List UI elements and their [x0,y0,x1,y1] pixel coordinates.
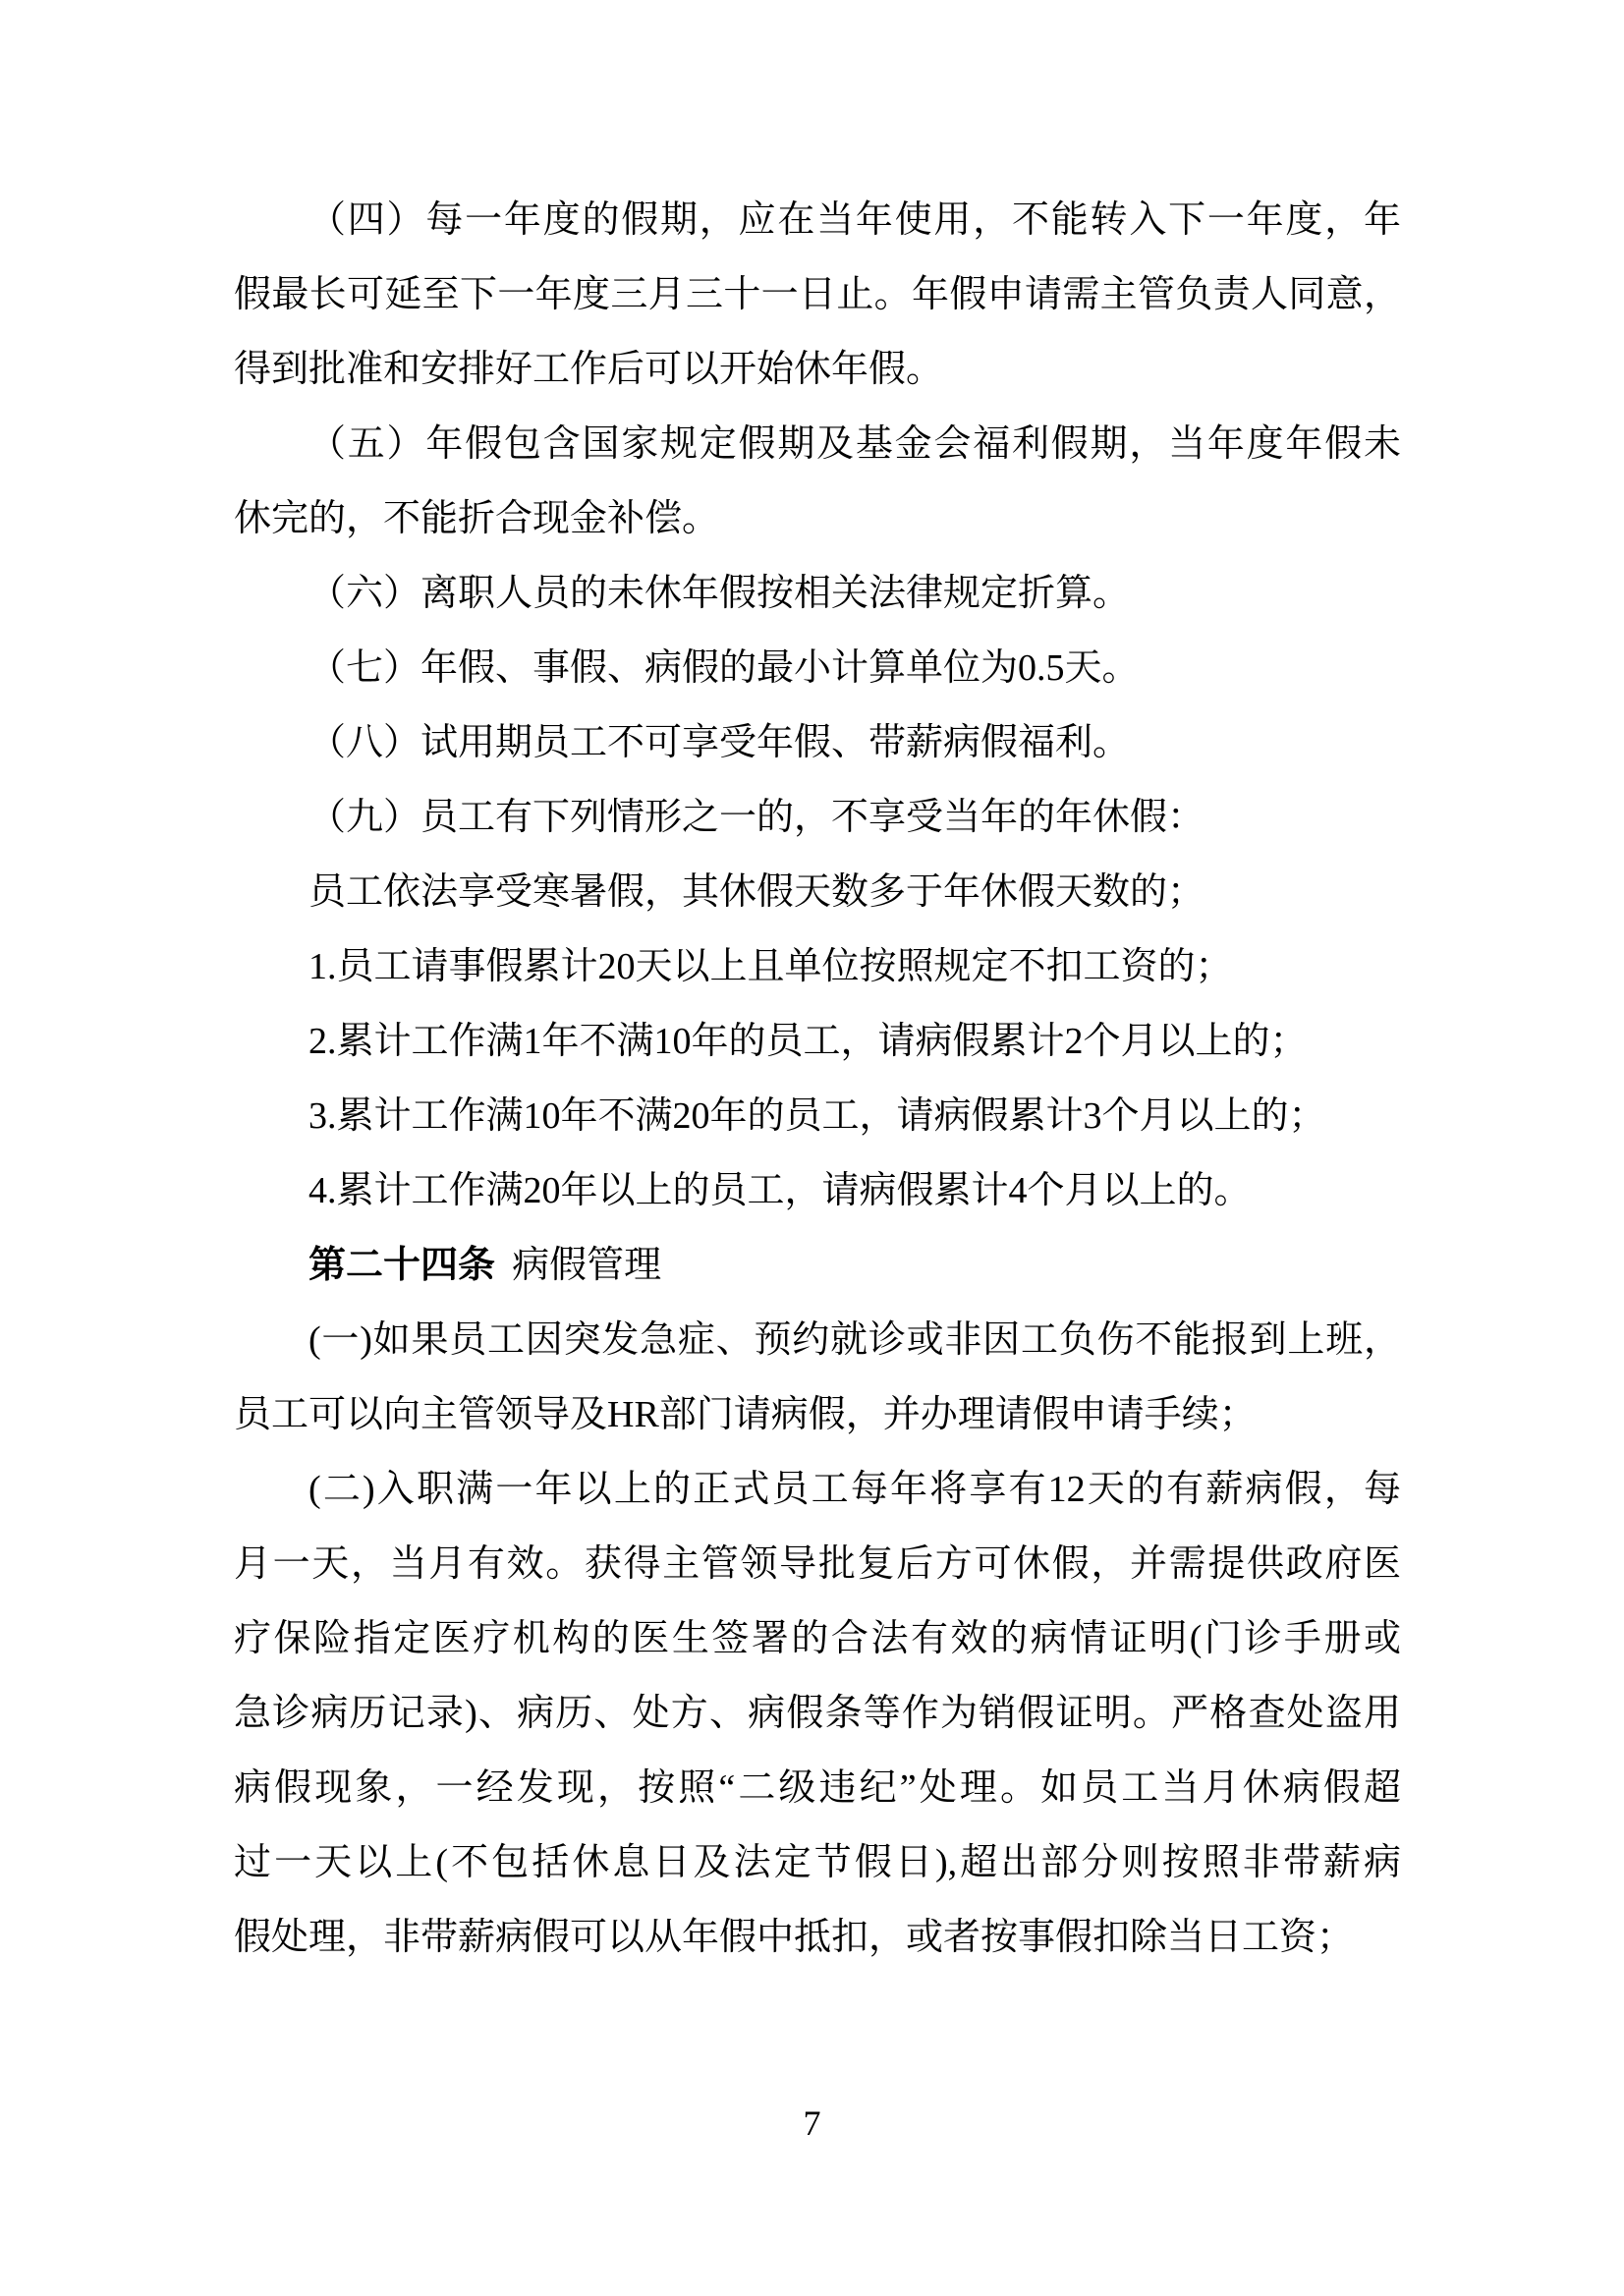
clause-9-sub-1: 1.员工请事假累计20天以上且单位按照规定不扣工资的； [234,929,1401,1004]
clause-9-sub-2: 2.累计工作满1年不满10年的员工，请病假累计2个月以上的； [234,1004,1401,1079]
item-2-line-4: 急诊病历记录)、病历、处方、病假条等作为销假证明。严格查处盗用 [234,1676,1401,1751]
item-2-line-1: (二)入职满一年以上的正式员工每年将享有12天的有薪病假，每 [234,1452,1401,1527]
item-2-line-6: 过一天以上(不包括休息日及法定节假日),超出部分则按照非带薪病 [234,1825,1401,1900]
clause-8-line: （八）试用期员工不可享受年假、带薪病假福利。 [234,705,1401,780]
item-1-line-1: (一)如果员工因突发急症、预约就诊或非因工负伤不能报到上班， [234,1303,1401,1377]
clause-9-line: （九）员工有下列情形之一的，不享受当年的年休假： [234,780,1401,855]
document-body: （四）每一年度的假期，应在当年使用，不能转入下一年度，年 假最长可延至下一年度三… [234,183,1401,1975]
clause-4-line-1: （四）每一年度的假期，应在当年使用，不能转入下一年度，年 [234,183,1401,257]
clause-5-line-1: （五）年假包含国家规定假期及基金会福利假期，当年度年假未 [234,407,1401,481]
item-2-line-3: 疗保险指定医疗机构的医生签署的合法有效的病情证明(门诊手册或 [234,1601,1401,1676]
item-2-line-2: 月一天，当月有效。获得主管领导批复后方可休假，并需提供政府医 [234,1527,1401,1601]
document-page: （四）每一年度的假期，应在当年使用，不能转入下一年度，年 假最长可延至下一年度三… [0,0,1624,2296]
item-1-line-2: 员工可以向主管领导及HR部门请病假，并办理请假申请手续； [234,1377,1401,1452]
item-2-line-5: 病假现象，一经发现，按照“二级违纪”处理。如员工当月休病假超 [234,1751,1401,1825]
clause-6-line: （六）离职人员的未休年假按相关法律规定折算。 [234,556,1401,631]
clause-4-line-2: 假最长可延至下一年度三月三十一日止。年假申请需主管负责人同意， [234,257,1401,332]
clause-9-sub-4: 4.累计工作满20年以上的员工，请病假累计4个月以上的。 [234,1153,1401,1228]
clause-4-line-3: 得到批准和安排好工作后可以开始休年假。 [234,332,1401,407]
clause-9-sub-3: 3.累计工作满10年不满20年的员工，请病假累计3个月以上的； [234,1079,1401,1153]
clause-7-line: （七）年假、事假、病假的最小计算单位为0.5天。 [234,631,1401,705]
article-24-heading: 第二十四条病假管理 [234,1228,1401,1303]
clause-9-sub-0: 员工依法享受寒暑假，其休假天数多于年休假天数的； [234,855,1401,929]
article-24-number: 第二十四条 [308,1245,495,1286]
item-2-line-7: 假处理，非带薪病假可以从年假中抵扣，或者按事假扣除当日工资； [234,1900,1401,1975]
clause-5-line-2: 休完的，不能折合现金补偿。 [234,481,1401,556]
page-number: 7 [0,2099,1624,2148]
article-24-title: 病假管理 [512,1245,661,1286]
